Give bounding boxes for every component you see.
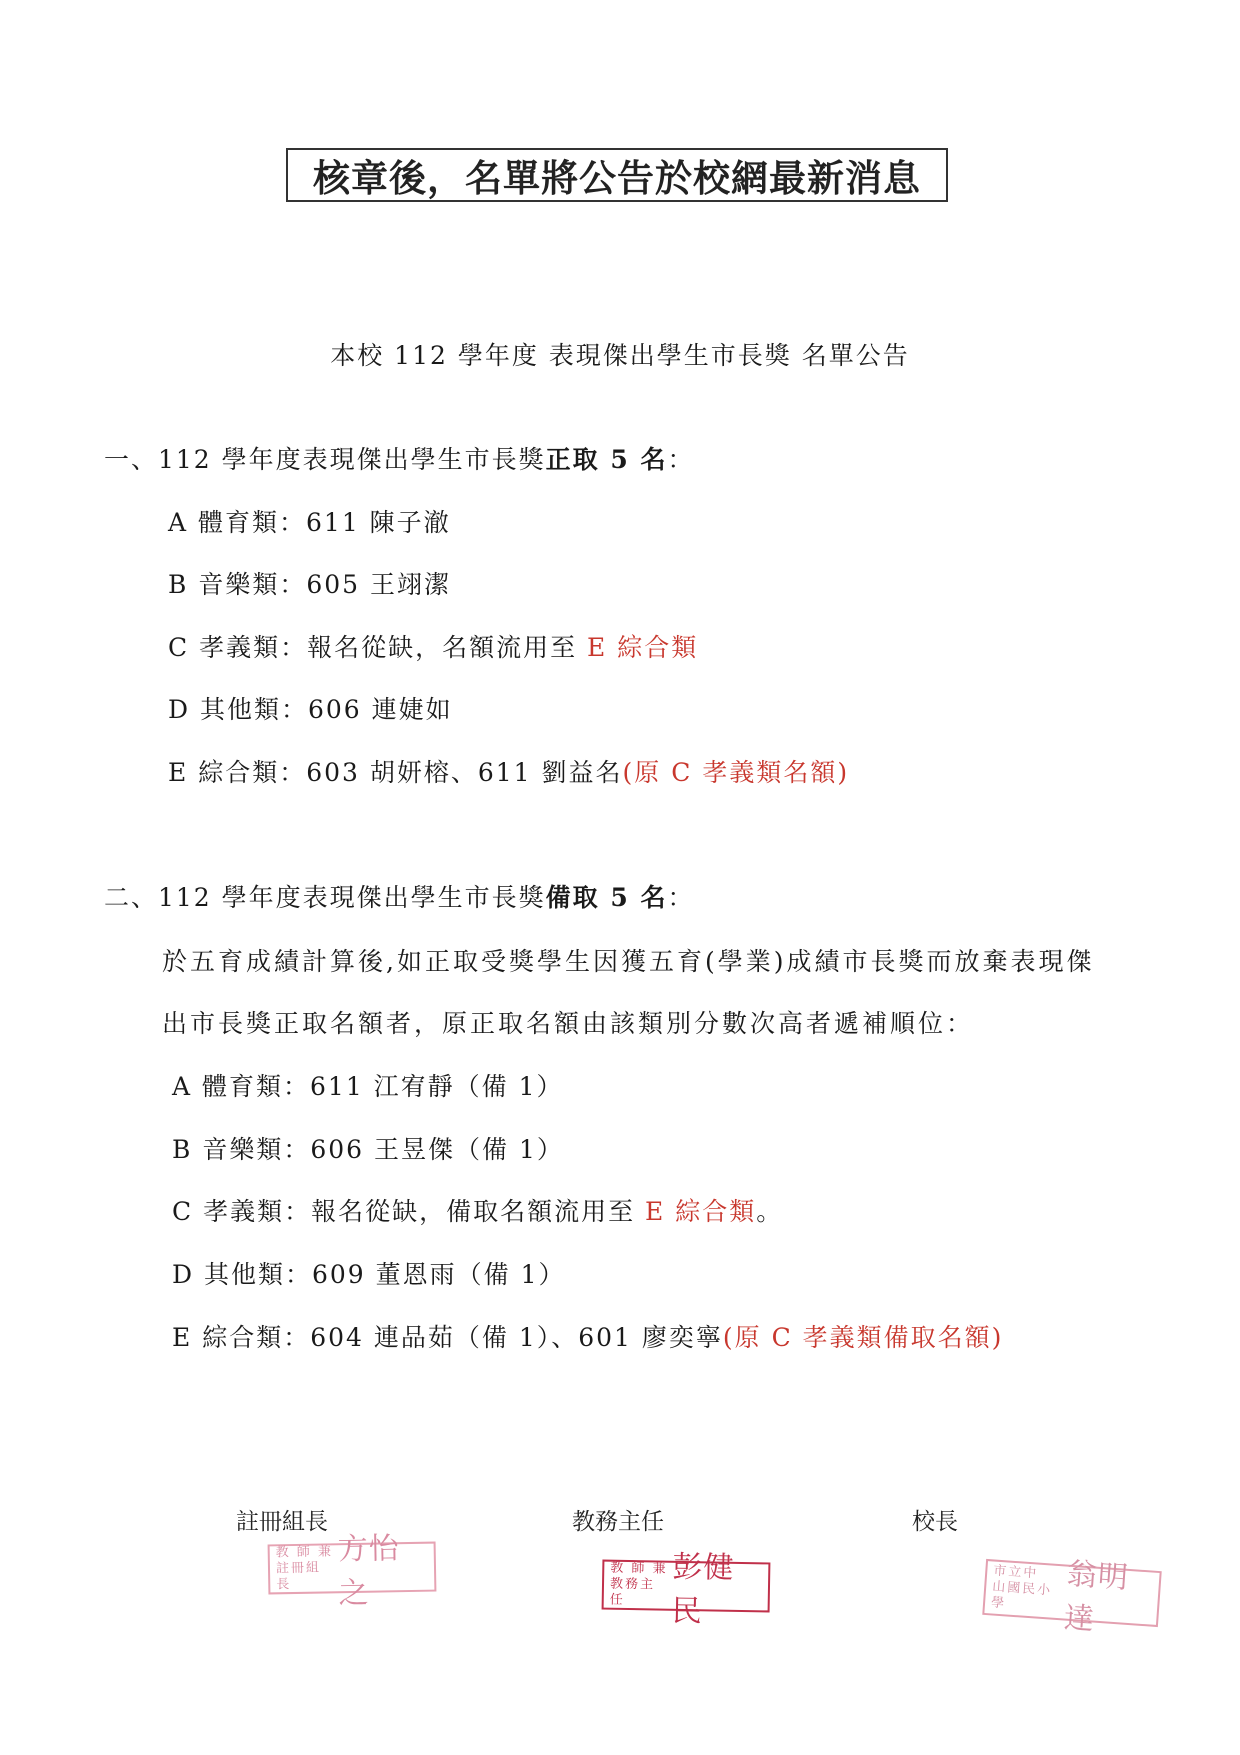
section2-heading-suffix: ： [667, 883, 694, 912]
section2-heading-bold: 備取 5 名 [546, 883, 668, 912]
section2-item-a: A 體育類：611 江宥靜（備 1） [172, 1067, 564, 1103]
section1-item-b: B 音樂類：605 王翊潔 [168, 565, 451, 601]
item-label: D 其他類： [172, 1260, 312, 1289]
section1-item-e: E 綜合類：603 胡妍榕、611 劉益名(原 C 孝義類名額) [168, 753, 849, 789]
section2-paragraph-line1: 於五育成績計算後,如正取受獎學生因獲五育(學業)成績市長獎而放棄表現傑 [162, 942, 1094, 978]
stamp-title: 市立中 山國民小學 [991, 1563, 1064, 1616]
item-value: 605 王翊潔 [306, 570, 451, 599]
section2-item-c: C 孝義類：報名從缺，備取名額流用至 E 綜合類。 [172, 1192, 783, 1228]
section2-item-d: D 其他類：609 董恩雨（備 1） [172, 1255, 566, 1291]
stamp-title-line2: 山國民小學 [991, 1579, 1063, 1616]
item-value: 611 江宥靜（備 1） [310, 1072, 564, 1101]
section1-item-d: D 其他類：606 連婕如 [168, 690, 453, 726]
item-value: 報名從缺，名額流用至 [307, 633, 587, 662]
signature-label-academic-director: 教務主任 [572, 1503, 664, 1536]
item-label: E 綜合類： [172, 1323, 310, 1352]
item-value: 609 董恩雨（備 1） [312, 1260, 566, 1289]
stamp-title: 教 師 兼 註冊組長 [276, 1544, 335, 1593]
item-note: E 綜合類 [645, 1197, 756, 1226]
item-label: D 其他類： [168, 695, 308, 724]
item-label: C 孝義類： [168, 633, 307, 662]
item-label: A 體育類： [168, 508, 306, 537]
item-label: A 體育類： [172, 1072, 310, 1101]
stamp-title-line1: 教 師 兼 [610, 1561, 668, 1578]
signature-label-registrar: 註冊組長 [236, 1503, 328, 1536]
item-value: 報名從缺，備取名額流用至 [311, 1197, 645, 1226]
stamp-title-line2: 註冊組長 [276, 1560, 335, 1593]
section2-heading-text: 二、112 學年度表現傑出學生市長獎 [104, 883, 546, 912]
notice-banner: 核章後，名單將公告於校網最新消息 [286, 148, 948, 202]
signature-label-principal: 校長 [912, 1503, 958, 1536]
item-value: 603 胡妍榕、611 劉益名 [306, 758, 622, 787]
stamp-academic-director: 教 師 兼 教務主任 彭健民 [602, 1560, 771, 1613]
document-title: 本校 112 學年度 表現傑出學生市長獎 名單公告 [0, 336, 1240, 372]
item-value: 604 連品茹（備 1）、601 廖奕寧 [310, 1323, 723, 1352]
item-value: 606 王昱傑（備 1） [310, 1135, 564, 1164]
section1-heading-suffix: ： [667, 445, 694, 474]
item-value: 611 陳子澈 [306, 508, 451, 537]
stamp-registrar: 教 師 兼 註冊組長 方怡之 [268, 1542, 437, 1595]
stamp-title-line2: 教務主任 [610, 1577, 669, 1610]
stamp-title-line1: 教 師 兼 [276, 1544, 334, 1561]
section1-item-c: C 孝義類：報名從缺，名額流用至 E 綜合類 [168, 628, 698, 664]
stamp-principal: 市立中 山國民小學 翁明達 [982, 1559, 1161, 1627]
item-note: (原 C 孝義類備取名額) [723, 1323, 1004, 1352]
item-label: C 孝義類： [172, 1197, 311, 1226]
section1-heading-text: 一、112 學年度表現傑出學生市長獎 [104, 445, 546, 474]
stamp-name: 翁明達 [1063, 1549, 1155, 1643]
stamp-title: 教 師 兼 教務主任 [610, 1561, 669, 1610]
section2-paragraph-line2: 出市長獎正取名額者，原正取名額由該類別分數次高者遞補順位： [162, 1004, 974, 1040]
item-note: E 綜合類 [587, 633, 698, 662]
item-label: B 音樂類： [168, 570, 306, 599]
section2-item-e: E 綜合類：604 連品茹（備 1）、601 廖奕寧(原 C 孝義類備取名額) [172, 1318, 1003, 1354]
section1-item-a: A 體育類：611 陳子澈 [168, 503, 451, 539]
section1-heading: 一、112 學年度表現傑出學生市長獎正取 5 名： [104, 440, 695, 476]
item-note: (原 C 孝義類名額) [623, 758, 850, 787]
section2-item-b: B 音樂類：606 王昱傑（備 1） [172, 1130, 564, 1166]
item-label: B 音樂類： [172, 1135, 310, 1164]
item-value: 606 連婕如 [308, 695, 453, 724]
item-label: E 綜合類： [168, 758, 306, 787]
stamp-name: 方怡之 [337, 1523, 428, 1613]
section1-heading-bold: 正取 5 名 [546, 445, 668, 474]
section2-heading: 二、112 學年度表現傑出學生市長獎備取 5 名： [104, 878, 695, 914]
item-tail: 。 [756, 1197, 783, 1226]
stamp-name: 彭健民 [671, 1542, 762, 1632]
